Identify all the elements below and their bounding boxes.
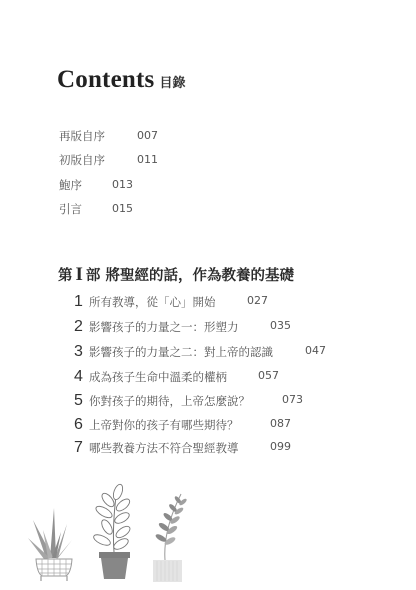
chapter-page: 087: [270, 415, 291, 433]
entry-label: 初版自序: [59, 153, 105, 167]
part-heading: 第I部 將聖經的話，作為教養的基礎: [58, 264, 294, 286]
fern-plant-icon: [153, 494, 188, 582]
entry-label: 鮑序: [59, 178, 82, 192]
toc-entry-introduction[interactable]: 引言 015: [59, 201, 82, 217]
aloe-plant-icon: [28, 508, 72, 581]
chapter-page: 027: [247, 292, 268, 310]
toc-entry-foreword[interactable]: 鮑序 013: [59, 177, 82, 193]
chapter-number: 4: [74, 368, 87, 386]
entry-label: 再版自序: [59, 129, 105, 143]
chapter-title: 影響孩子的力量之二：對上帝的認識: [89, 345, 273, 359]
chapter-number: 5: [74, 392, 87, 410]
entry-page: 007: [137, 128, 158, 144]
chapter-entry-5[interactable]: 5你對孩子的期待，上帝怎麼說？ 073: [74, 391, 250, 409]
chapter-number: 1: [74, 293, 87, 311]
chapter-number: 2: [74, 318, 87, 336]
entry-page: 011: [137, 152, 158, 168]
part-title: 部 將聖經的話，作為教養的基礎: [86, 267, 294, 284]
chapter-title: 所有教導，從「心」開始: [89, 295, 216, 309]
chapter-page: 099: [270, 438, 291, 456]
chapter-number: 6: [74, 416, 87, 434]
potted-plants-illustration: [0, 480, 220, 590]
chapter-title: 你對孩子的期待，上帝怎麼說？: [89, 394, 250, 408]
part-prefix: 第: [58, 267, 73, 284]
chapter-title: 成為孩子生命中溫柔的權柄: [89, 370, 227, 384]
rubber-plant-icon: [92, 483, 132, 579]
chapter-title: 影響孩子的力量之一：形塑力: [89, 320, 239, 334]
entry-page: 015: [112, 201, 133, 217]
chapter-page: 047: [305, 342, 326, 360]
title-english: Contents: [57, 66, 154, 94]
chapter-page: 073: [282, 391, 303, 409]
chapter-page: 035: [270, 317, 291, 335]
toc-entry-preface-second[interactable]: 再版自序 007: [59, 128, 105, 144]
part-roman-numeral: I: [76, 264, 83, 285]
chapter-entry-4[interactable]: 4成為孩子生命中溫柔的權柄 057: [74, 367, 227, 385]
chapter-entry-6[interactable]: 6上帝對你的孩子有哪些期待？ 087: [74, 415, 239, 433]
entry-label: 引言: [59, 202, 82, 216]
chapter-entry-7[interactable]: 7哪些教養方法不符合聖經教導 099: [74, 438, 239, 456]
page-title: Contents 目錄: [57, 66, 185, 94]
chapter-title: 上帝對你的孩子有哪些期待？: [89, 418, 239, 432]
chapter-title: 哪些教養方法不符合聖經教導: [89, 441, 239, 455]
chapter-entry-2[interactable]: 2影響孩子的力量之一：形塑力 035: [74, 317, 239, 335]
chapter-number: 3: [74, 343, 87, 361]
toc-entry-preface-first[interactable]: 初版自序 011: [59, 152, 105, 168]
chapter-entry-3[interactable]: 3影響孩子的力量之二：對上帝的認識 047: [74, 342, 273, 360]
chapter-page: 057: [258, 367, 279, 385]
title-chinese: 目錄: [159, 72, 185, 91]
chapter-entry-1[interactable]: 1所有教導，從「心」開始 027: [74, 292, 216, 310]
entry-page: 013: [112, 177, 133, 193]
chapter-number: 7: [74, 439, 87, 457]
